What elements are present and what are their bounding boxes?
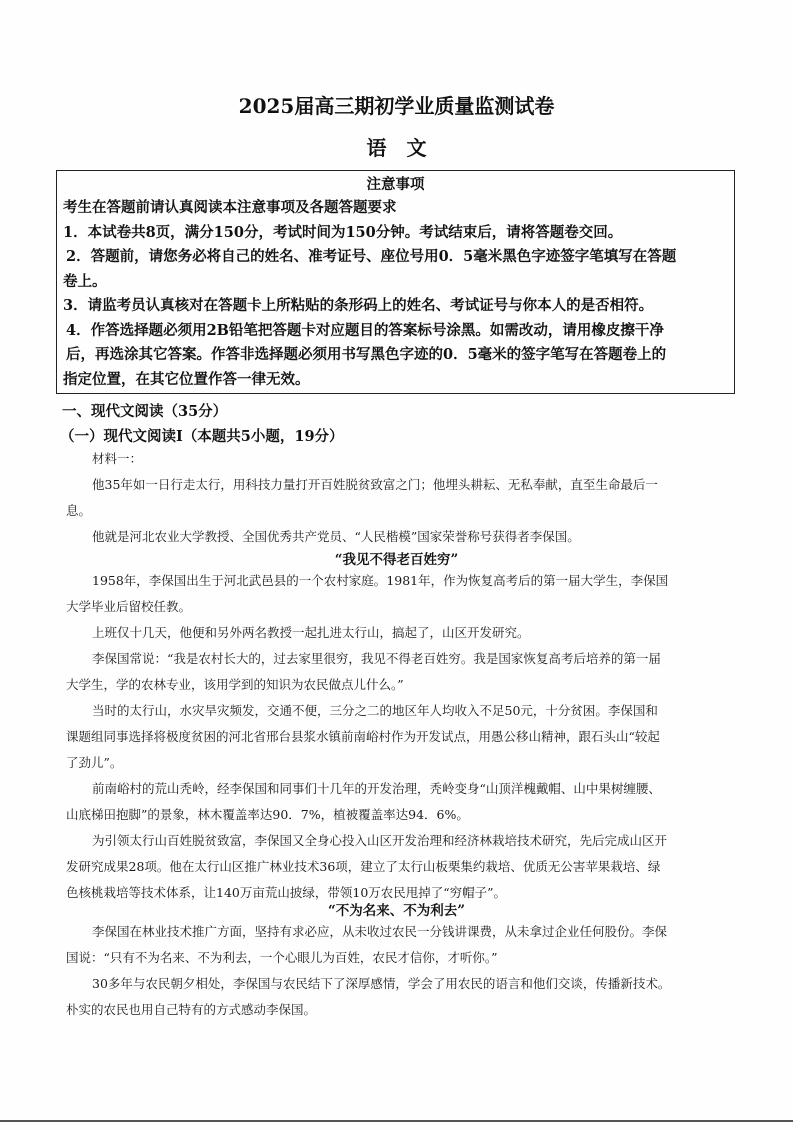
subheading: “我见不得老百姓穷” — [0, 548, 793, 568]
paragraph-line: 朴实的农民也用自己特有的方式感动李保国。 — [66, 997, 734, 1023]
paragraph-line: 大学毕业后留校任教。 — [66, 594, 734, 620]
exam-title: 2025届高三期初学业质量监测试卷 — [0, 90, 793, 119]
notice-box: 注意事项 考生在答题前请认真阅读本注意事项及各题答题要求 1．本试卷共8页，满分… — [56, 170, 735, 394]
paragraph-line: 他35年如一日行走太行，用科技力量打开百姓脱贫致富之门；他埋头耕耘、无私奉献，直… — [66, 472, 734, 498]
body-block-b: 1958年，李保国出生于河北武邑县的一个农村家庭。1981年，作为恢复高考后的第… — [66, 568, 734, 906]
paragraph-line: 1958年，李保国出生于河北武邑县的一个农村家庭。1981年，作为恢复高考后的第… — [66, 568, 734, 594]
exam-page: 2025届高三期初学业质量监测试卷 语 文 注意事项 考生在答题前请认真阅读本注… — [0, 0, 793, 1122]
paragraph-line: 当时的太行山，水灾旱灾频发，交通不便，三分之二的地区年人均收入不足50元，十分贫… — [66, 698, 734, 724]
paragraph-line: 李保国在林业技术推广方面，坚持有求必应，从未收过农民一分钱讲课费，从未拿过企业任… — [66, 919, 734, 945]
paragraph-line: 了劲儿”。 — [66, 750, 734, 776]
notice-line: 卷上。 — [57, 270, 734, 295]
paragraph-line: 上班仅十几天，他便和另外两名教授一起扎进太行山，搞起了，山区开发研究。 — [66, 620, 734, 646]
paragraph-line: 大学生，学的农林专业，该用学到的知识为农民做点儿什么。” — [66, 672, 734, 698]
paragraph-line: 李保国常说：“我是农村长大的，过去家里很穷，我见不得老百姓穷。我是国家恢复高考后… — [66, 646, 734, 672]
paragraph-line: 课题组同事选择将极度贫困的河北省邢台县浆水镇前南峪村作为开发试点，用愚公移山精神… — [66, 724, 734, 750]
section-heading: 一、现代文阅读（35分） — [62, 400, 227, 421]
notice-line: 2．答题前，请您务必将自己的姓名、准考证号、座位号用0．5毫米黑色字迹签字笔填写… — [57, 245, 734, 270]
body-block-c: 李保国在林业技术推广方面，坚持有求必应，从未收过农民一分钱讲课费，从未拿过企业任… — [66, 919, 734, 1023]
paragraph-line: 息。 — [66, 498, 734, 524]
notice-heading: 注意事项 — [57, 174, 734, 196]
paragraph-line: 前南峪村的荒山秃岭，经李保国和同事们十几年的开发治理，秃岭变身“山顶洋槐戴帽、山… — [66, 776, 734, 802]
body-block-a: 材料一： 他35年如一日行走太行，用科技力量打开百姓脱贫致富之门；他埋头耕耘、无… — [66, 446, 734, 550]
paragraph-line: 30多年与农民朝夕相处，李保国与农民结下了深厚感情，学会了用农民的语言和他们交谈… — [66, 971, 734, 997]
paragraph-line: 为引领太行山百姓脱贫致富，李保国又全身心投入山区开发治理和经济林栽培技术研究，先… — [66, 828, 734, 854]
notice-line: 1．本试卷共8页，满分150分，考试时间为150分钟。考试结束后，请将答题卷交回… — [57, 221, 734, 246]
notice-line: 后，再选涂其它答案。作答非选择题必须用书写黑色字迹的0．5毫米的签字笔写在答题卷… — [57, 343, 734, 368]
paragraph-line: 国说：“只有不为名来、不为利去，一个心眼儿为百姓，农民才信你，才听你。” — [66, 945, 734, 971]
notice-line: 指定位置，在其它位置作答一律无效。 — [57, 368, 734, 393]
notice-line: 3．请监考员认真核对在答题卡上所粘贴的条形码上的姓名、考试证号与你本人的是否相符… — [57, 294, 734, 319]
notice-line: 考生在答题前请认真阅读本注意事项及各题答题要求 — [57, 196, 734, 221]
subheading: “不为名来、不为利去” — [0, 899, 793, 919]
notice-line: 4．作答选择题必须用2B铅笔把答题卡对应题目的答案标号涂黑。如需改动，请用橡皮擦… — [57, 319, 734, 344]
paragraph-line: 发研究成果28项。他在太行山区推广林业技术36项，建立了太行山板栗集约栽培、优质… — [66, 854, 734, 880]
paragraph-line: 山底梯田抱脚”的景象，林木覆盖率达90．7%，植被覆盖率达94．6%。 — [66, 802, 734, 828]
subsection-heading: （一）现代文阅读Ⅰ（本题共5小题，19分） — [60, 425, 344, 446]
subject-title: 语 文 — [0, 132, 793, 161]
material-label: 材料一： — [66, 446, 734, 472]
paragraph-line: 他就是河北农业大学教授、全国优秀共产党员、“人民楷模”国家荣誉称号获得者李保国。 — [66, 524, 734, 550]
